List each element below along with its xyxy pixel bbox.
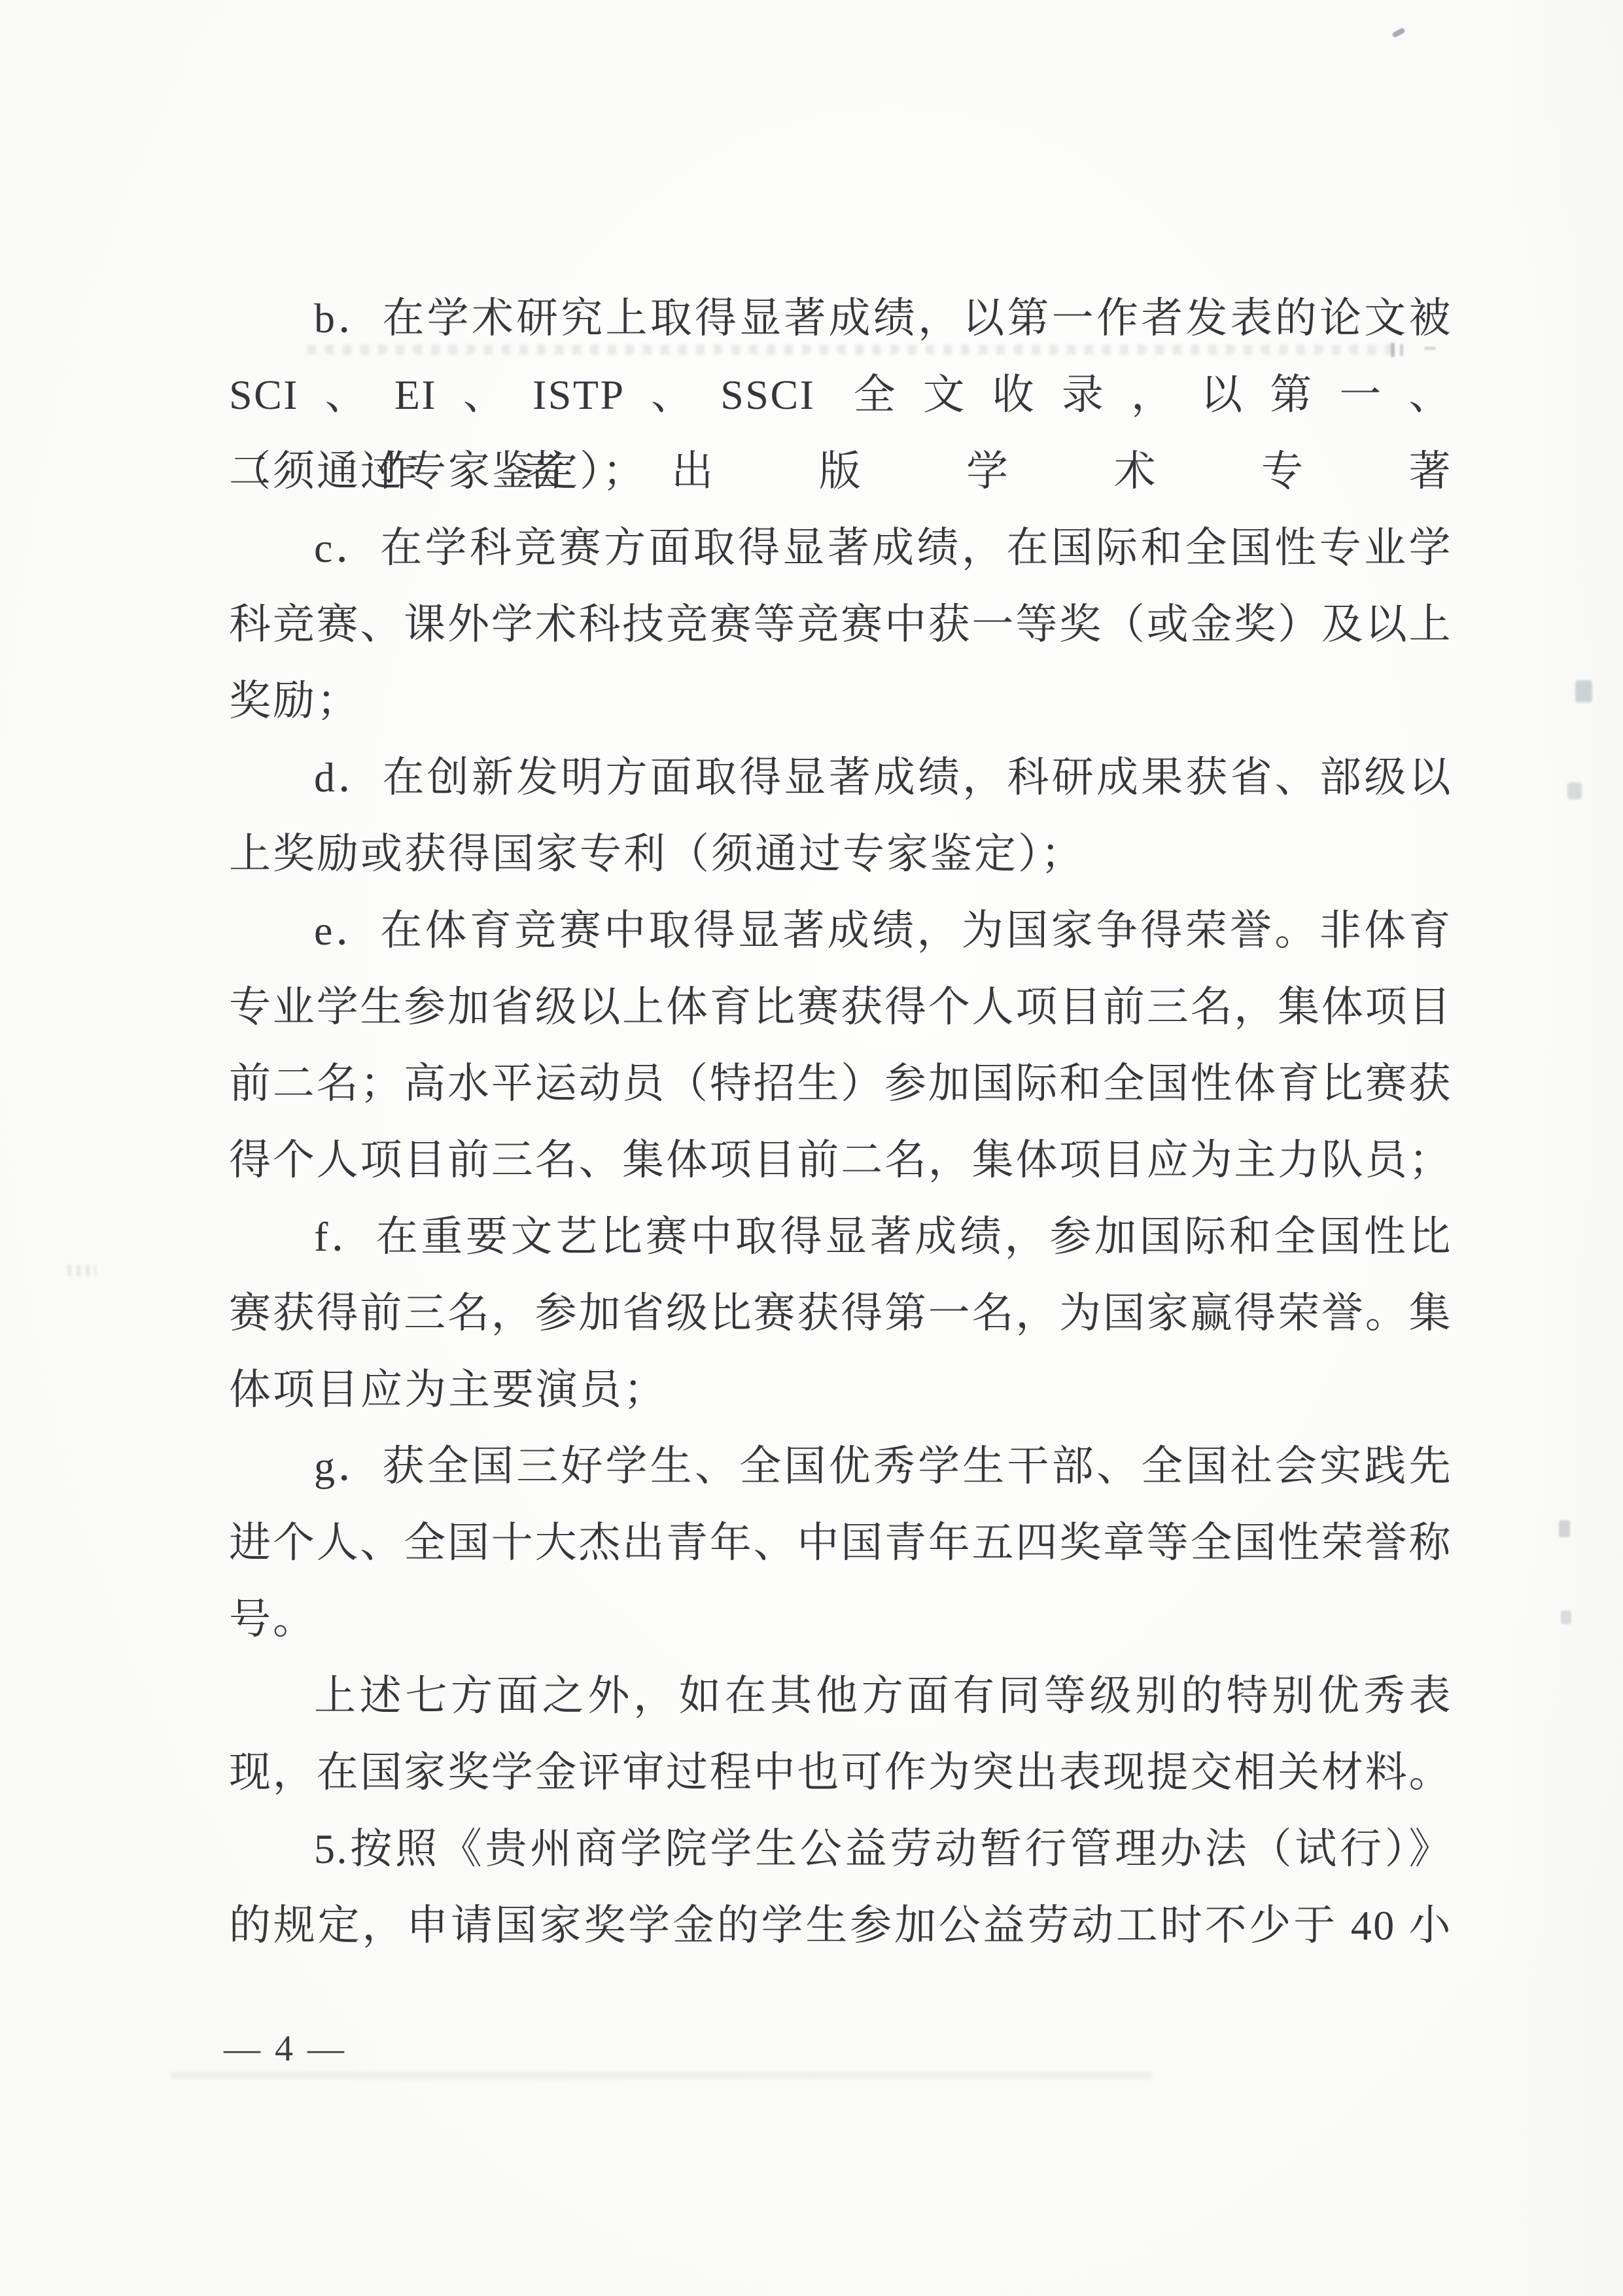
text-line: 科竞赛、课外学术科技竞赛等竞赛中获一等奖（或金奖）及以上 xyxy=(229,586,1452,663)
text-line: c．在学科竞赛方面取得显著成绩，在国际和全国性专业学 xyxy=(229,510,1452,586)
scan-smudge xyxy=(1561,1610,1571,1624)
text-line: 现，在国家奖学金评审过程中也可作为突出表现提交相关材料。 xyxy=(229,1734,1452,1811)
text-line: 赛获得前三名，参加省级比赛获得第一名，为国家赢得荣誉。集 xyxy=(229,1275,1452,1351)
scan-smudge xyxy=(1575,680,1592,703)
text-line: b．在学术研究上取得显著成绩，以第一作者发表的论文被 xyxy=(229,280,1452,357)
text-line: 上奖励或获得国家专利（须通过专家鉴定）； xyxy=(229,816,1452,892)
scan-smudge xyxy=(171,2072,1153,2079)
text-line: 前二名；高水平运动员（特招生）参加国际和全国性体育比赛获 xyxy=(229,1045,1452,1122)
document-body: b．在学术研究上取得显著成绩，以第一作者发表的论文被 SCI、EI、ISTP、S… xyxy=(229,280,1452,1964)
text-line: g．获全国三好学生、全国优秀学生干部、全国社会实践先 xyxy=(229,1428,1452,1505)
text-line: e．在体育竞赛中取得显著成绩，为国家争得荣誉。非体育 xyxy=(229,892,1452,969)
text-line: SCI、EI、ISTP、SSCI 全文收录，以第一、二作者出版学术专著 xyxy=(229,357,1452,433)
text-line: 进个人、全国十大杰出青年、中国青年五四奖章等全国性荣誉称 xyxy=(229,1505,1452,1581)
document-page: b．在学术研究上取得显著成绩，以第一作者发表的论文被 SCI、EI、ISTP、S… xyxy=(0,0,1623,2296)
text-line: f．在重要文艺比赛中取得显著成绩，参加国际和全国性比 xyxy=(229,1198,1452,1275)
text-line: 专业学生参加省级以上体育比赛获得个人项目前三名，集体项目 xyxy=(229,969,1452,1045)
text-line: 体项目应为主要演员； xyxy=(229,1351,1452,1428)
text-line: 奖励； xyxy=(229,663,1452,739)
text-line: 的规定，申请国家奖学金的学生参加公益劳动工时不少于 40 小 xyxy=(229,1887,1452,1964)
text-line: d．在创新发明方面取得显著成绩，科研成果获省、部级以 xyxy=(229,739,1452,816)
text-line: 号。 xyxy=(229,1581,1452,1658)
scan-smudge xyxy=(1567,782,1582,799)
scan-speck xyxy=(67,1264,96,1276)
page-number: — 4 — xyxy=(224,2028,347,2070)
text-line: 上述七方面之外，如在其他方面有同等级别的特别优秀表 xyxy=(229,1658,1452,1734)
scan-smudge xyxy=(1559,1520,1570,1537)
text-line: 5.按照《贵州商学院学生公益劳动暂行管理办法（试行）》 xyxy=(229,1811,1452,1887)
scan-artifact-top-right xyxy=(1391,27,1405,38)
text-line: 得个人项目前三名、集体项目前二名，集体项目应为主力队员； xyxy=(229,1122,1452,1198)
